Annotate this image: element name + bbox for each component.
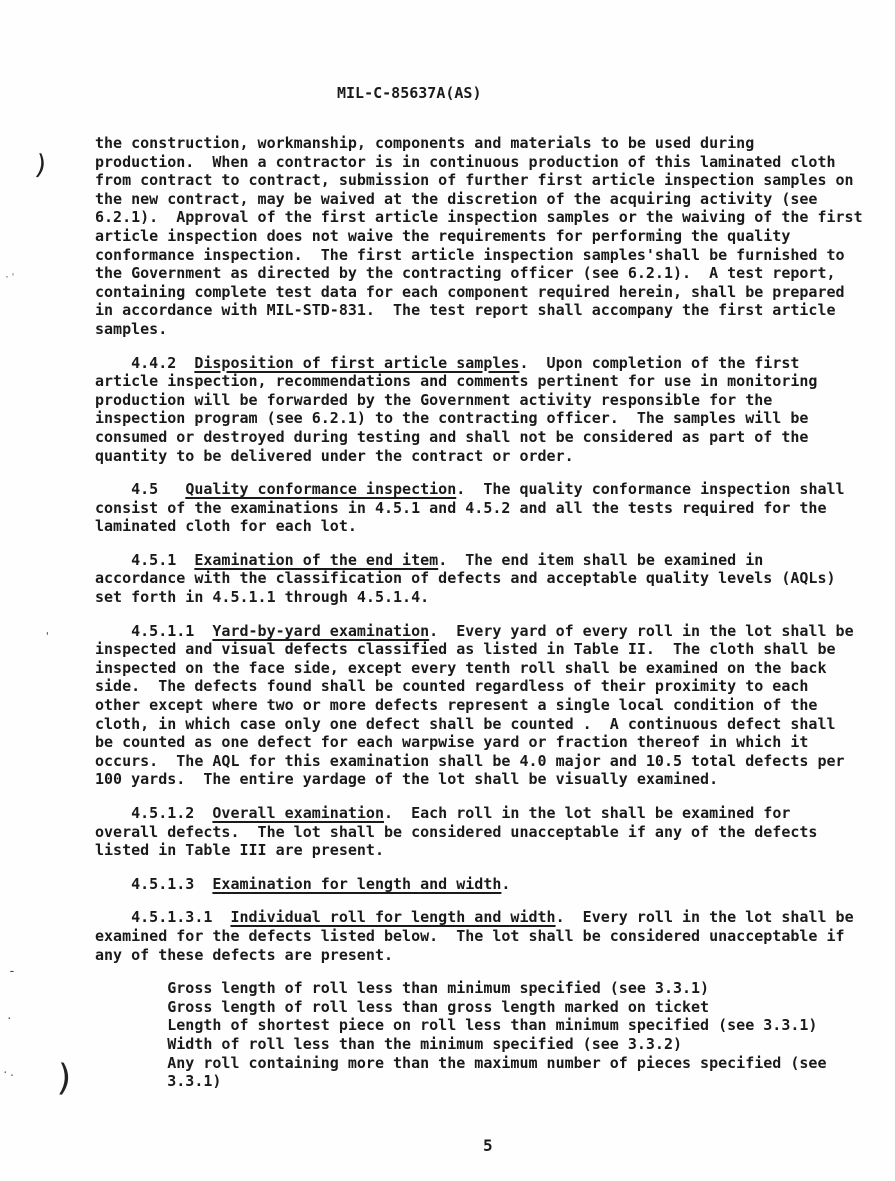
scan-artifact: ·. bbox=[2, 1066, 15, 1079]
section-number: 4.5.1.3.1 bbox=[95, 908, 230, 926]
section-heading: Examination for length and width bbox=[212, 875, 501, 893]
scan-artifact: ' bbox=[44, 630, 51, 643]
section-heading: Disposition of first article samples bbox=[194, 354, 519, 372]
paragraph-4-4-2: 4.4.2 Disposition of first article sampl… bbox=[95, 354, 875, 466]
defect-list-text: Gross length of roll less than minimum s… bbox=[95, 979, 827, 1090]
section-number: 4.5.1 bbox=[95, 551, 194, 569]
scan-artifact: · bbox=[6, 1012, 13, 1025]
paragraph-text: . bbox=[501, 875, 510, 893]
page-number: 5 bbox=[483, 1136, 493, 1155]
section-heading: Individual roll for length and width bbox=[230, 908, 555, 926]
document-page: MIL-C-85637A(AS) the construction, workm… bbox=[0, 0, 895, 1181]
defect-list: Gross length of roll less than minimum s… bbox=[95, 979, 875, 1091]
document-body: the construction, workmanship, component… bbox=[95, 134, 875, 1091]
paragraph-4-5-1-1: 4.5.1.1 Yard-by-yard examination. Every … bbox=[95, 622, 875, 789]
section-heading: Overall examination bbox=[212, 804, 384, 822]
section-heading: Examination of the end item bbox=[194, 551, 438, 569]
paragraph-4-5-1-2: 4.5.1.2 Overall examination. Each roll i… bbox=[95, 804, 875, 860]
paragraph-4-5-1-3: 4.5.1.3 Examination for length and width… bbox=[95, 875, 875, 894]
section-number: 4.5.1.3 bbox=[95, 875, 212, 893]
section-number: 4.5.1.1 bbox=[95, 622, 212, 640]
paragraph-4-5: 4.5 Quality conformance inspection. The … bbox=[95, 480, 875, 536]
section-number: 4.4.2 bbox=[95, 354, 194, 372]
section-heading: Quality conformance inspection bbox=[185, 480, 456, 498]
paragraph-4-5-1-3-1: 4.5.1.3.1 Individual roll for length and… bbox=[95, 908, 875, 964]
scan-artifact: ·' bbox=[4, 272, 16, 283]
scan-artifact: ) bbox=[31, 149, 51, 182]
scan-artifact: ) bbox=[53, 1057, 77, 1099]
section-heading: Yard-by-yard examination bbox=[212, 622, 429, 640]
paragraph-text: . Every yard of every roll in the lot sh… bbox=[95, 622, 854, 789]
scan-artifact: - bbox=[8, 964, 16, 979]
paragraph-4-5-1: 4.5.1 Examination of the end item. The e… bbox=[95, 551, 875, 607]
paragraph-intro: the construction, workmanship, component… bbox=[95, 134, 875, 339]
section-number: 4.5.1.2 bbox=[95, 804, 212, 822]
section-number: 4.5 bbox=[95, 480, 185, 498]
paragraph-text: the construction, workmanship, component… bbox=[95, 134, 863, 338]
document-header: MIL-C-85637A(AS) bbox=[337, 84, 482, 102]
